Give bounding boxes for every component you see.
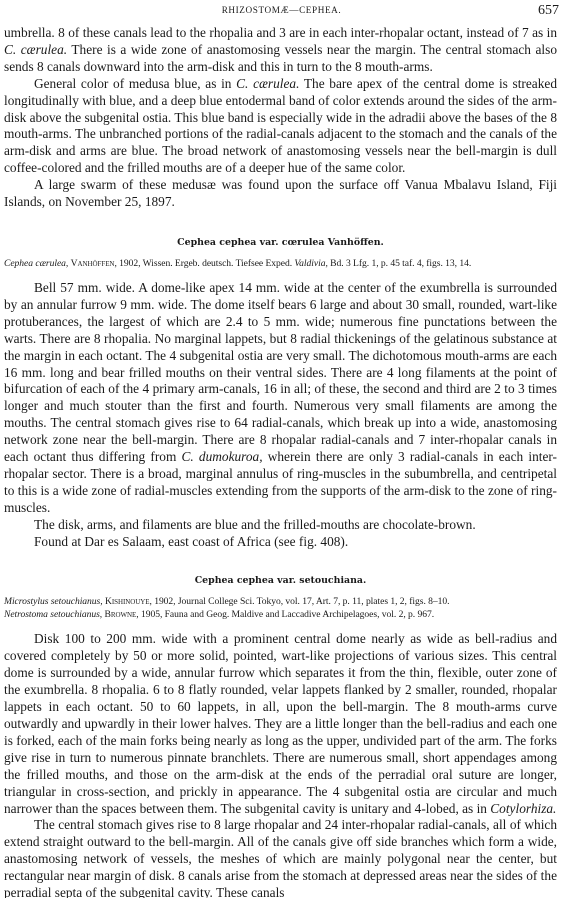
genus-name: Cotylorhiza.: [490, 801, 556, 816]
text: umbrella. 8 of these canals lead to the …: [4, 25, 557, 40]
expedition-name: Valdivia,: [294, 258, 327, 269]
page-number: 657: [538, 3, 559, 19]
synonymy-citation: Netrostoma setouchianus, Browne, 1905, F…: [4, 608, 557, 621]
text: Bell 57 mm. wide. A dome-like apex 14 mm…: [4, 280, 557, 464]
color-paragraph: General color of medusa blue, as in C. c…: [4, 76, 557, 177]
species-name: C. cærulea.: [236, 76, 299, 91]
text: 1902, Journal College Sci. Tokyo, vol. 1…: [152, 596, 450, 607]
text: Bd. 3 Lfg. 1, p. 45 taf. 4, figs. 13, 14…: [328, 258, 471, 269]
species-name: C. cærulea.: [4, 42, 67, 57]
section-heading-setouchiana: Cephea cephea var. setouchiana.: [4, 575, 557, 586]
species-name: Netrostoma setouchianus,: [4, 609, 102, 620]
section-heading-coerulea: Cephea cephea var. cœrulea Vanhöffen.: [4, 237, 557, 248]
running-head: RHIZOSTOMÆ—CEPHEA. 657: [0, 5, 563, 21]
text: General color of medusa blue, as in: [34, 76, 236, 91]
page-body: umbrella. 8 of these canals lead to the …: [4, 25, 557, 898]
color-paragraph: The disk, arms, and filaments are blue a…: [4, 517, 557, 534]
text: Disk 100 to 200 mm. wide with a prominen…: [4, 631, 557, 815]
text: 1902, Wissen. Ergeb. deutsch. Tiefsee Ex…: [117, 258, 295, 269]
species-name: Microstylus setouchianus,: [4, 596, 103, 607]
locality-paragraph: Found at Dar es Salaam, east coast of Af…: [4, 534, 557, 551]
author: Vanhöffen,: [71, 258, 117, 269]
author: Kishinouye,: [105, 596, 152, 607]
description-paragraph: Disk 100 to 200 mm. wide with a prominen…: [4, 631, 557, 817]
book-page: RHIZOSTOMÆ—CEPHEA. 657 umbrella. 8 of th…: [0, 0, 563, 898]
synonymy-citation: Cephea cærulea, Vanhöffen, 1902, Wissen.…: [4, 257, 557, 270]
locality-paragraph: A large swarm of these medusæ was found …: [4, 177, 557, 211]
continued-paragraph: umbrella. 8 of these canals lead to the …: [4, 25, 557, 76]
description-paragraph: Bell 57 mm. wide. A dome-like apex 14 mm…: [4, 280, 557, 517]
text: There is a wide zone of anastomosing ves…: [4, 42, 557, 74]
species-name: C. dumokuroa,: [182, 449, 263, 464]
text: 1905, Fauna and Geog. Maldive and Laccad…: [139, 609, 434, 620]
running-title: RHIZOSTOMÆ—CEPHEA.: [0, 5, 563, 15]
canal-paragraph: The central stomach gives rise to 8 larg…: [4, 817, 557, 898]
synonymy-citation: Microstylus setouchianus, Kishinouye, 19…: [4, 595, 557, 608]
author: Browne,: [104, 609, 138, 620]
species-name: Cephea cærulea,: [4, 258, 68, 269]
